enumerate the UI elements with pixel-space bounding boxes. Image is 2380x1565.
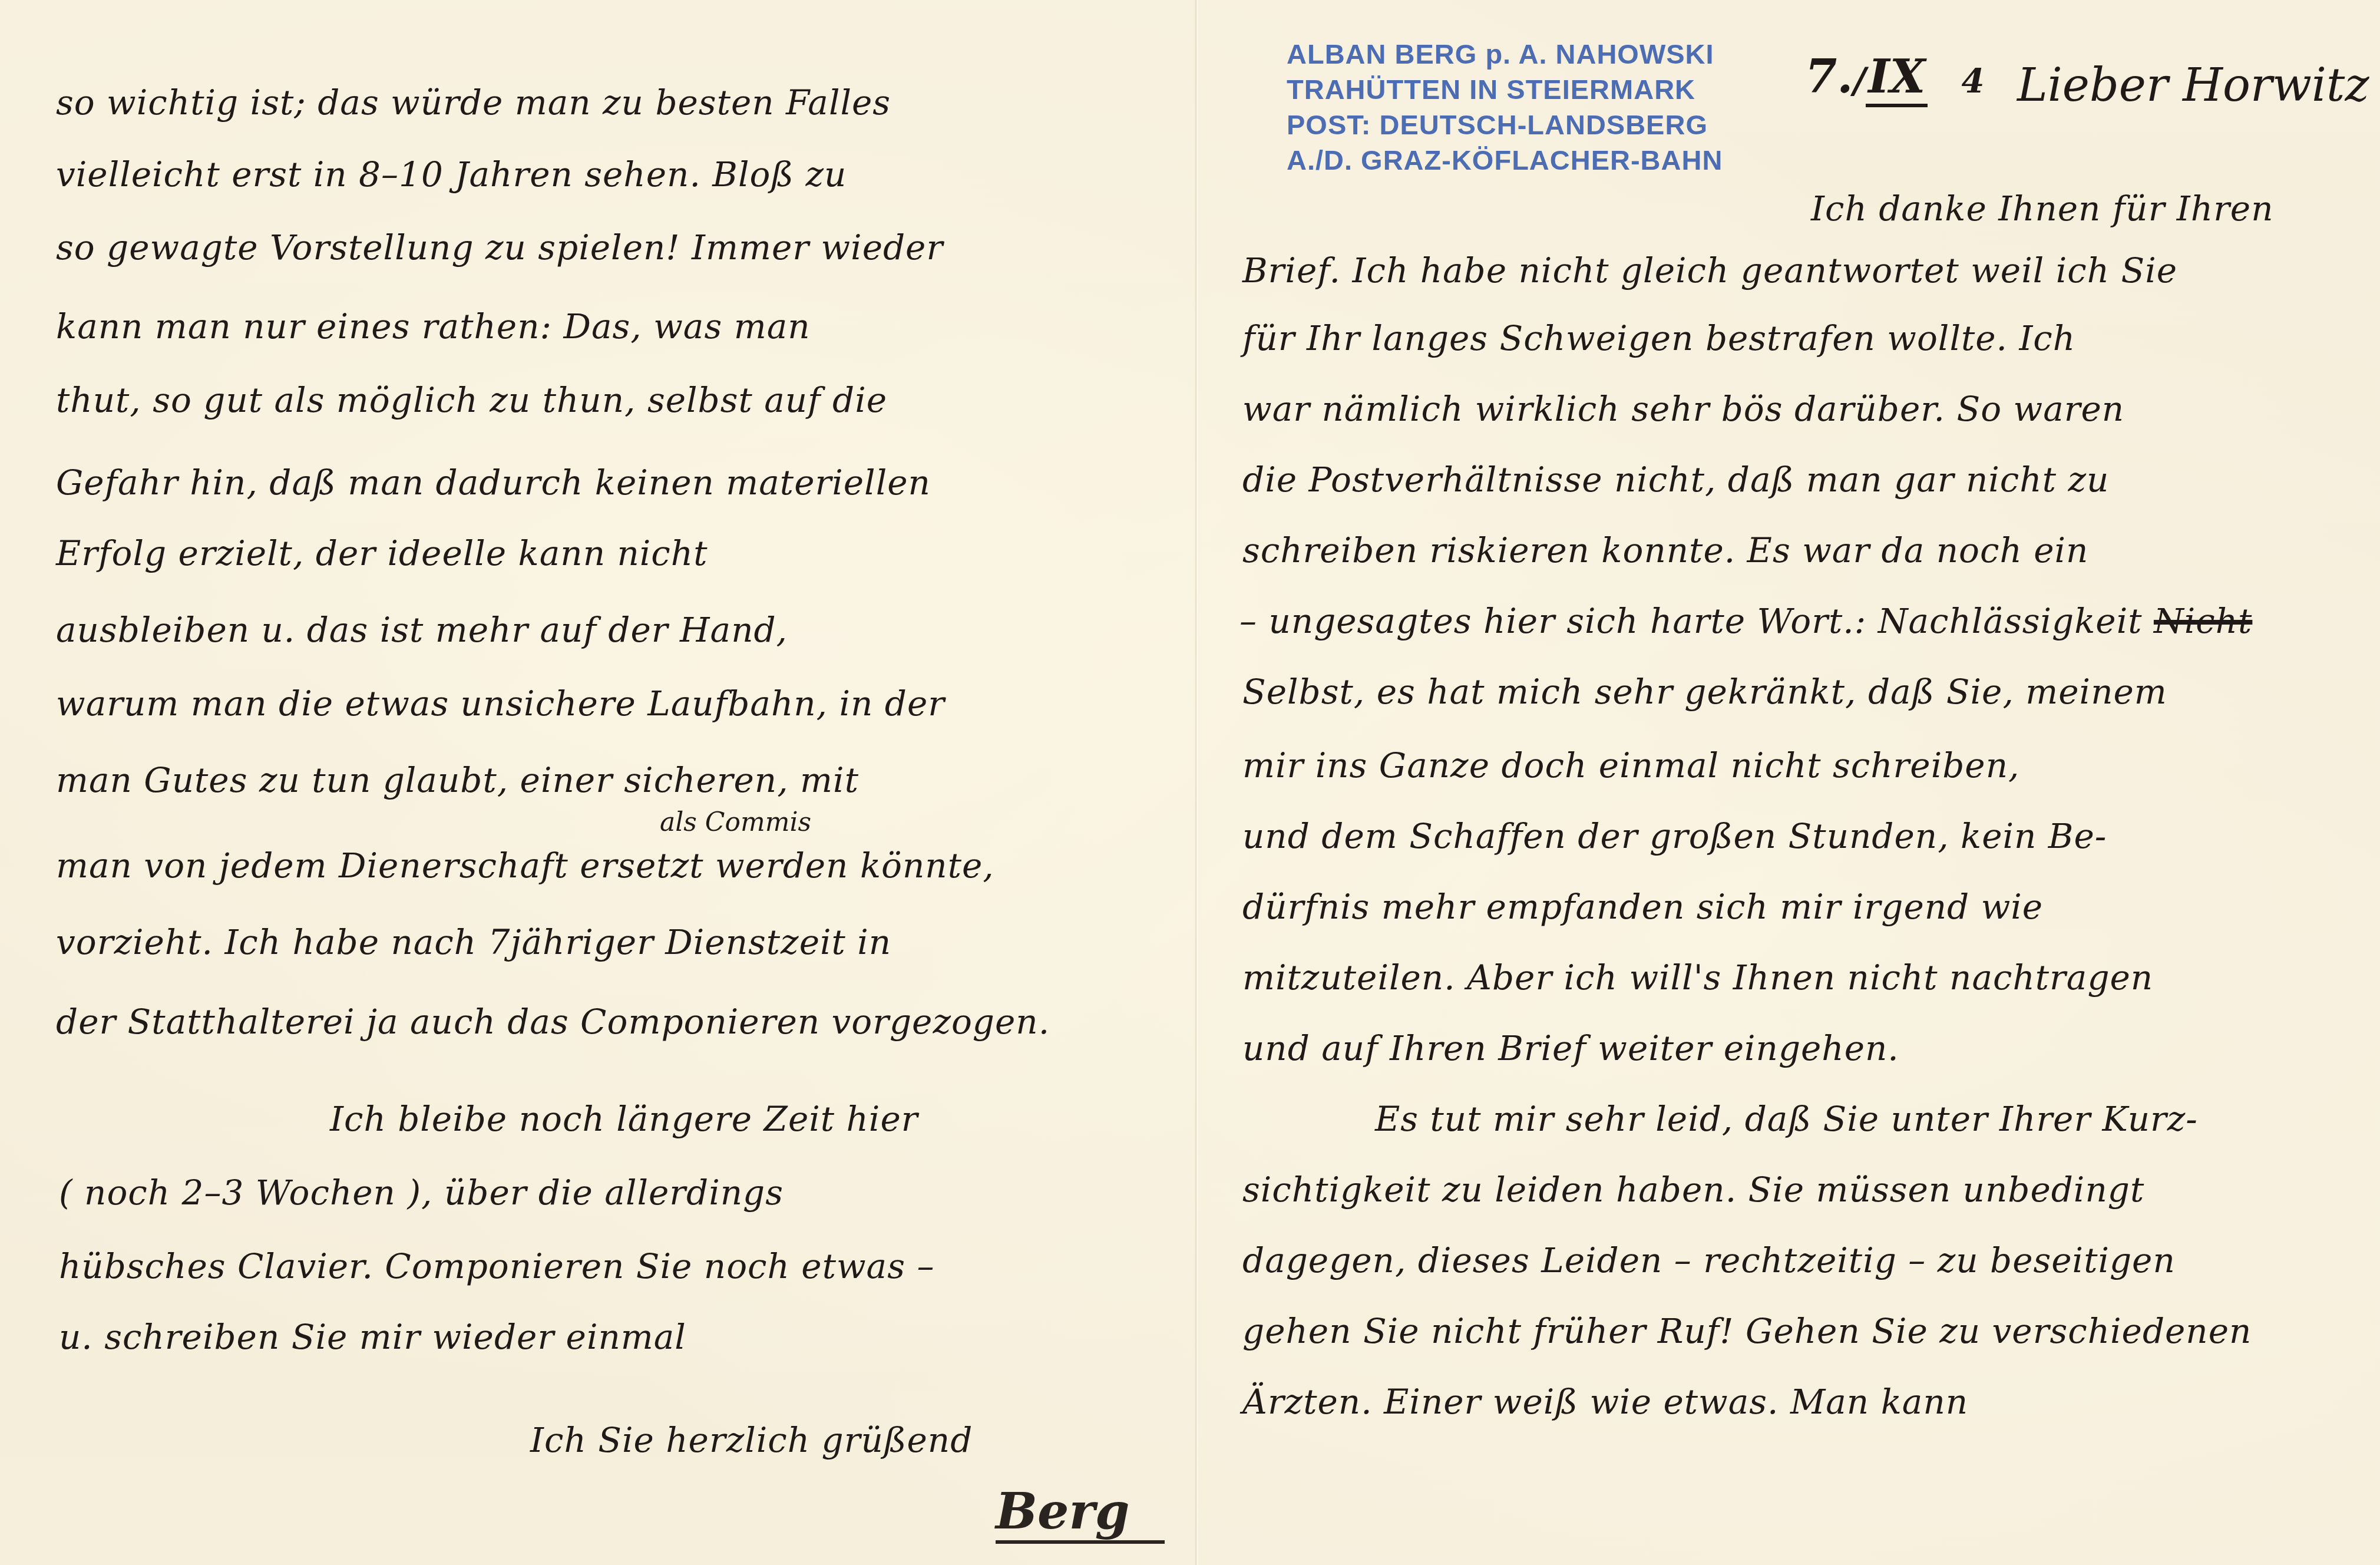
left-line-12: vorzieht. Ich habe nach 7jähriger Dienst… bbox=[56, 922, 891, 962]
right-line-8: Selbst, es hat mich sehr gekränkt, daß S… bbox=[1242, 672, 2167, 712]
left-line-9: warum man die etwas unsichere Laufbahn, … bbox=[56, 684, 945, 724]
date-day: 7. bbox=[1805, 50, 1853, 104]
date-month: IX bbox=[1866, 50, 1928, 107]
date-year: 4 bbox=[1962, 62, 1985, 101]
right-line-14: Es tut mir sehr leid, daß Sie unter Ihre… bbox=[1375, 1099, 2198, 1139]
right-line-13: und auf Ihren Brief weiter eingehen. bbox=[1242, 1028, 1899, 1068]
left-line-13: der Statthalterei ja auch das Componiere… bbox=[56, 1002, 1050, 1042]
salutation: Lieber Horwitz bbox=[2017, 59, 2369, 112]
stamp-line-2: TRAHÜTTEN IN STEIERMARK bbox=[1287, 72, 1723, 107]
right-line-3: für Ihr langes Schweigen bestrafen wollt… bbox=[1242, 318, 2075, 358]
right-line-7: – ungesagtes hier sich harte Wort.: Nach… bbox=[1239, 601, 2252, 641]
closing-line: Ich Sie herzlich grüßend bbox=[530, 1420, 973, 1460]
left-line-5: thut, so gut als möglich zu thun, selbst… bbox=[56, 380, 887, 420]
right-line-7-text: – ungesagtes hier sich harte Wort.: Nach… bbox=[1239, 601, 2142, 641]
left-line-4: kann man nur eines rathen: Das, was man bbox=[56, 306, 811, 346]
letter-scan: so wichtig ist; das würde man zu besten … bbox=[0, 0, 2380, 1565]
left-line-8: ausbleiben u. das ist mehr auf der Hand, bbox=[56, 610, 788, 650]
right-line-12: mitzuteilen. Aber ich will's Ihnen nicht… bbox=[1242, 958, 2153, 998]
stamp-line-1: ALBAN BERG p. A. NAHOWSKI bbox=[1287, 37, 1723, 72]
left-insert-als-commis: als Commis bbox=[660, 807, 811, 837]
right-line-15: sichtigkeit zu leiden haben. Sie müssen … bbox=[1242, 1170, 2144, 1210]
right-line-6: schreiben riskieren konnte. Es war da no… bbox=[1242, 530, 2088, 570]
right-line-5: die Postverhältnisse nicht, daß man gar … bbox=[1242, 460, 2109, 500]
left-line-3: so gewagte Vorstellung zu spielen! Immer… bbox=[56, 227, 943, 268]
right-page: ALBAN BERG p. A. NAHOWSKI TRAHÜTTEN IN S… bbox=[1198, 0, 2380, 1565]
right-line-1: Ich danke Ihnen für Ihren bbox=[1811, 189, 2274, 229]
right-line-9: mir ins Ganze doch einmal nicht schreibe… bbox=[1242, 745, 2019, 785]
left-line-2: vielleicht erst in 8–10 Jahren sehen. Bl… bbox=[56, 154, 847, 194]
left-line-11: man von jedem Dienerschaft ersetzt werde… bbox=[56, 846, 994, 886]
struck-word: Nicht bbox=[2154, 601, 2252, 641]
left-line-15: ( noch 2–3 Wochen ), über die allerdings bbox=[59, 1173, 784, 1213]
right-line-18: Ärzten. Einer weiß wie etwas. Man kann bbox=[1242, 1382, 1968, 1422]
letterhead-stamp: ALBAN BERG p. A. NAHOWSKI TRAHÜTTEN IN S… bbox=[1287, 37, 1723, 178]
right-line-4: war nämlich wirklich sehr bös darüber. S… bbox=[1242, 389, 2124, 429]
stamp-line-4: A./D. GRAZ-KÖFLACHER-BAHN bbox=[1287, 143, 1723, 178]
right-line-17: gehen Sie nicht früher Ruf! Gehen Sie zu… bbox=[1242, 1311, 2252, 1351]
signature: Berg bbox=[996, 1482, 1165, 1544]
right-line-10: und dem Schaffen der großen Stunden, kei… bbox=[1242, 816, 2107, 856]
left-line-10: man Gutes zu tun glaubt, einer sicheren,… bbox=[56, 760, 859, 800]
left-line-14: Ich bleibe noch längere Zeit hier bbox=[330, 1099, 918, 1139]
letter-date: 7./IX 4 bbox=[1805, 50, 1985, 104]
right-line-2: Brief. Ich habe nicht gleich geantwortet… bbox=[1242, 250, 2177, 290]
left-line-1: so wichtig ist; das würde man zu besten … bbox=[56, 82, 891, 123]
left-line-17: u. schreiben Sie mir wieder einmal bbox=[59, 1317, 686, 1357]
left-line-16: hübsches Clavier. Componieren Sie noch e… bbox=[59, 1246, 934, 1286]
stamp-line-3: POST: DEUTSCH-LANDSBERG bbox=[1287, 107, 1723, 143]
left-line-7: Erfolg erzielt, der ideelle kann nicht bbox=[56, 533, 708, 573]
left-page: so wichtig ist; das würde man zu besten … bbox=[0, 0, 1195, 1565]
right-line-16: dagegen, dieses Leiden – rechtzeitig – z… bbox=[1242, 1240, 2176, 1280]
left-line-6: Gefahr hin, daß man dadurch keinen mater… bbox=[56, 463, 931, 503]
right-line-11: dürfnis mehr empfanden sich mir irgend w… bbox=[1242, 887, 2043, 927]
